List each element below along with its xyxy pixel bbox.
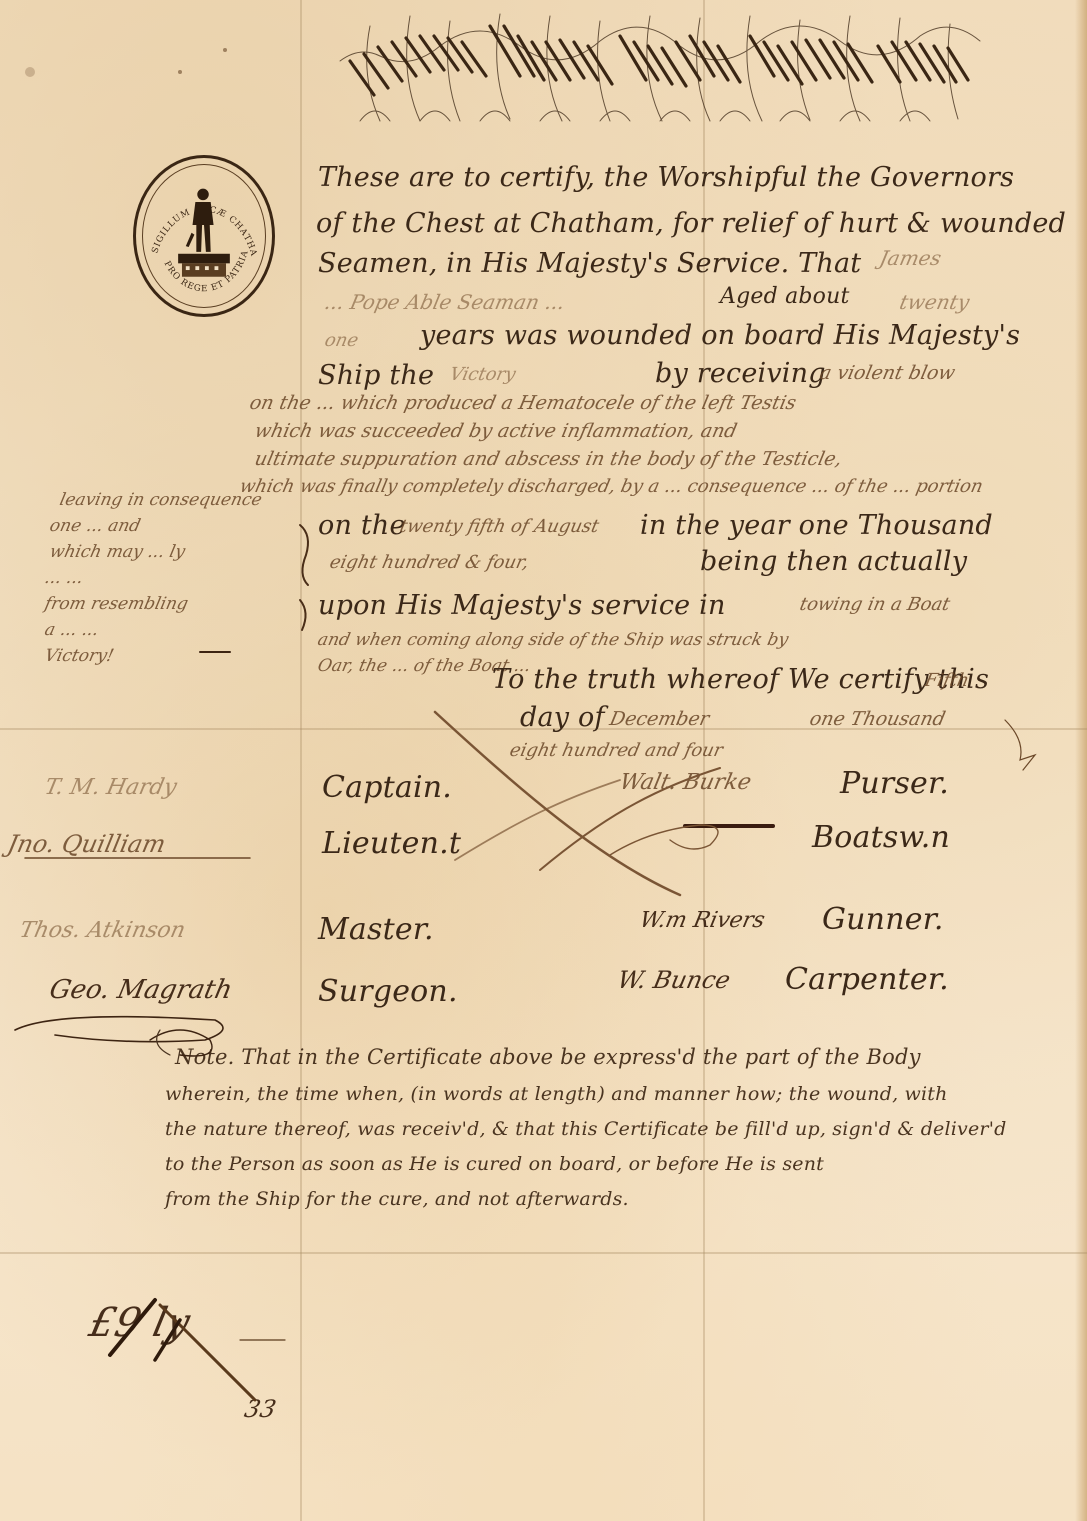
signature-captain: T. M. Hardy (42, 775, 179, 800)
title-lieutenant: Lieuten.t (322, 826, 461, 861)
signature-carpenter: W. Bunce (615, 966, 733, 994)
wound-description-line: ultimate suppuration and abscess in the … (253, 448, 844, 470)
calligraphic-flourish-icon (330, 6, 1010, 131)
truth-whereof-label: To the truth whereof We certify this (492, 664, 989, 695)
wound-description-line: which was finally completely discharged,… (238, 476, 985, 497)
bottom-number: 33 (242, 1395, 278, 1423)
certificate-line-2: of the Chest at Chatham, for relief of h… (316, 208, 1066, 239)
margin-note-line: leaving in consequence (58, 490, 264, 510)
certificate-line-wounded: years was wounded on board His Majesty's (420, 320, 1020, 351)
margin-note-line: from resembling (43, 594, 190, 614)
margin-note-line: which may ... ly (48, 542, 187, 562)
being-then-actually-label: being then actually (700, 546, 967, 577)
margin-note-line: ... ... (43, 568, 85, 588)
ship-the-label: Ship the (318, 360, 434, 391)
note-line: Note. That in the Certificate above be e… (175, 1045, 921, 1069)
title-gunner: Gunner. (822, 902, 944, 937)
note-line: the nature thereof, was receiv'd, & that… (165, 1118, 1007, 1140)
wound-year: eight hundred & four, (328, 552, 531, 573)
certify-month: December (608, 708, 712, 730)
ship-name: Victory (448, 364, 518, 385)
note-line: to the Person as soon as He is cured on … (165, 1153, 824, 1175)
upon-service-label: upon His Majesty's service in (318, 590, 726, 621)
on-the-label: on the (318, 510, 406, 541)
wound-date: twenty fifth of August (398, 516, 601, 537)
signature-gunner: W.m Rivers (637, 908, 767, 933)
note-line: wherein, the time when, (in words at len… (165, 1083, 948, 1105)
margin-note-line: a ... ... (43, 620, 101, 640)
seaman-name-line: ... Pope Able Seaman ... (322, 290, 567, 314)
paper-edge (1075, 0, 1087, 1521)
signature-master: Thos. Atkinson (17, 918, 187, 943)
seaman-name: James (877, 246, 943, 270)
certificate-line-1: These are to certify, the Worshipful the… (318, 162, 1014, 193)
signature-surgeon: Geo. Magrath (47, 975, 235, 1005)
signature-lieutenant: Jno. Quilliam (5, 830, 168, 858)
title-captain: Captain. (322, 770, 452, 805)
wound-description-line: on the ... which produced a Hematocele o… (248, 392, 799, 414)
bottom-mark: £9 ly (85, 1300, 194, 1346)
by-receiving-label: by receiving (655, 358, 826, 389)
wound-description-line: which was succeeded by active inflammati… (253, 420, 739, 442)
wound-cause: a violent blow (818, 362, 957, 384)
margin-note-line: one ... and (48, 516, 142, 536)
certify-year-cont: eight hundred and four (508, 740, 725, 761)
signature-purser: Walt. Burke (617, 770, 753, 795)
certificate-line-3: Seamen, in His Majesty's Service. That (318, 248, 861, 279)
fold-line-horizontal (0, 1252, 1087, 1254)
title-purser: Purser. (840, 766, 949, 801)
chatham-chest-seal: SIGILLUM ARCÆ CHATHAM PRO REGE ET PATRIA (133, 155, 275, 317)
day-of-label: day of (520, 702, 605, 733)
margin-note-line: Victory! (43, 646, 116, 666)
service-activity: towing in a Boat (798, 594, 952, 615)
fold-line-vertical (300, 0, 302, 1521)
seaman-age-cont: one (323, 330, 361, 351)
note-line: from the Ship for the cure, and not afte… (165, 1188, 629, 1210)
certify-year: one Thousand (808, 708, 948, 730)
aged-about-label: Aged about (720, 284, 850, 309)
certify-day: Fifth (923, 670, 971, 691)
seaman-age: twenty (897, 290, 971, 314)
title-boatswain: Boatsw.n (812, 820, 950, 855)
title-master: Master. (318, 912, 434, 947)
title-surgeon: Surgeon. (318, 974, 458, 1009)
service-detail-line: and when coming along side of the Ship w… (316, 630, 790, 650)
title-carpenter: Carpenter. (785, 962, 949, 997)
seal-figure-icon: SIGILLUM ARCÆ CHATHAM PRO REGE ET PATRIA (136, 158, 272, 313)
in-the-year-label: in the year one Thousand (640, 510, 993, 541)
